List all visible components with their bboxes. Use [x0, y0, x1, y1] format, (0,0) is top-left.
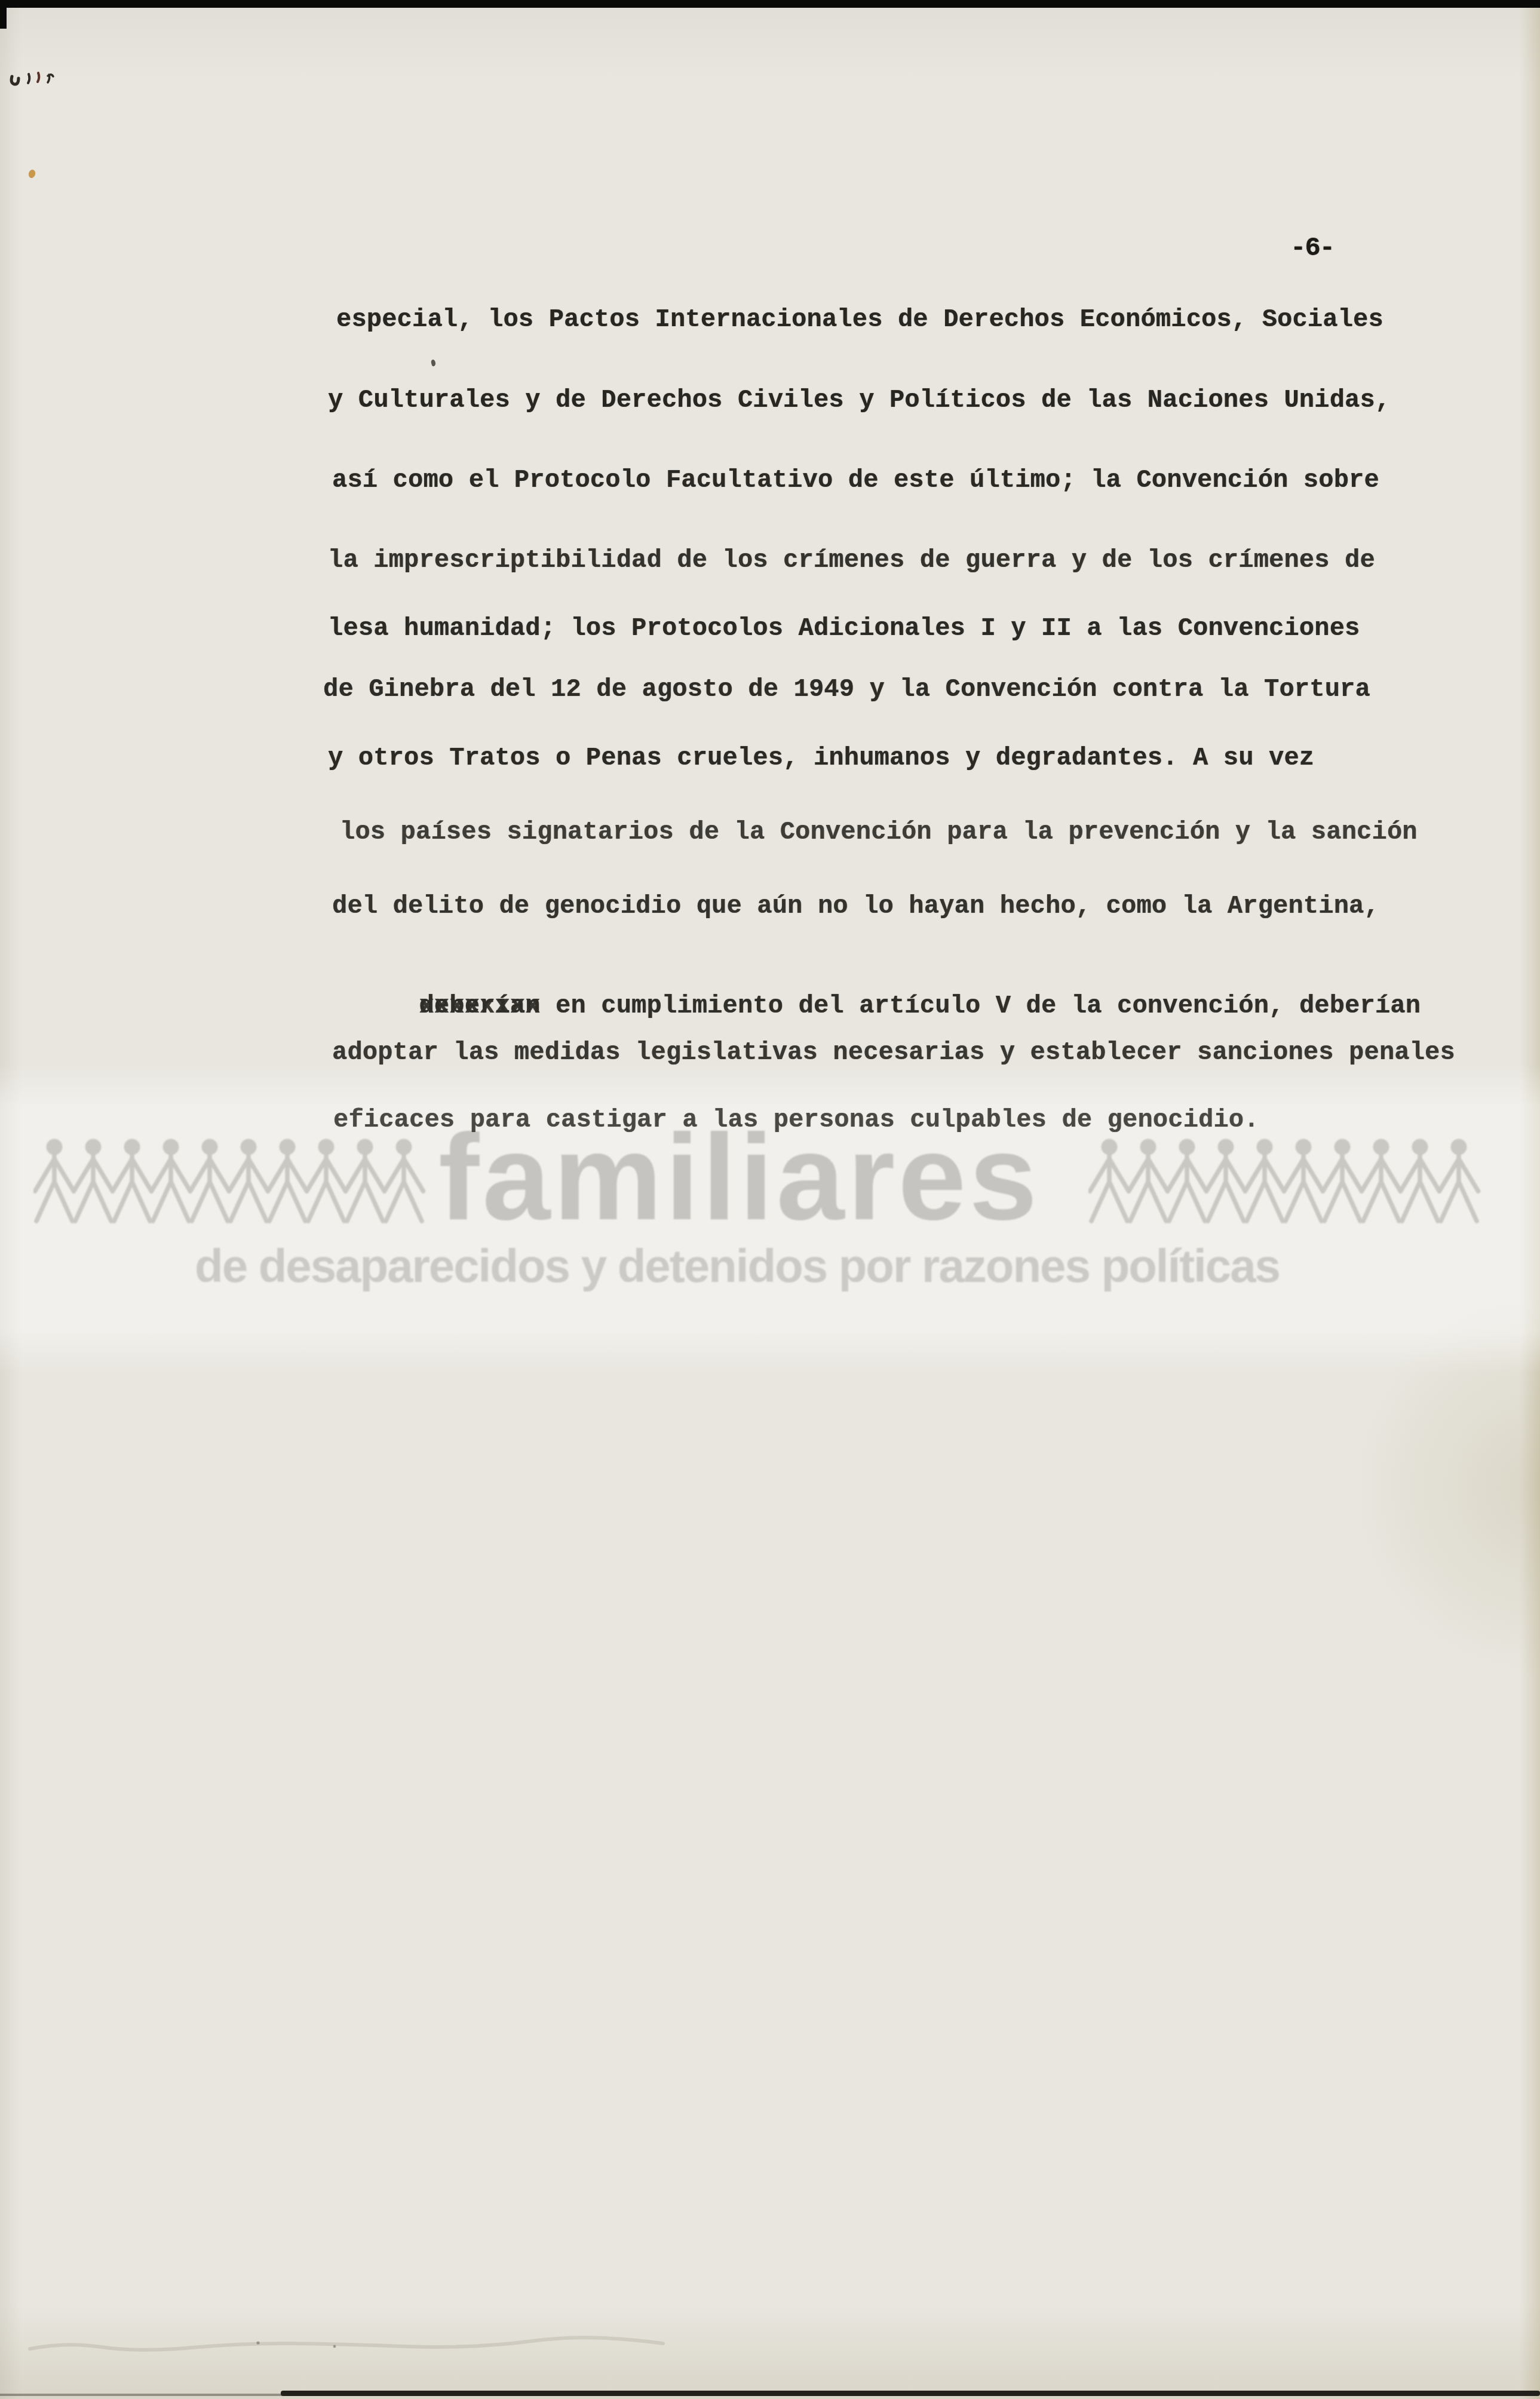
typed-line: del delito de genocidio que aún no lo ha… — [332, 893, 1379, 919]
typed-line: y Culturales y de Derechos Civiles y Pol… — [328, 387, 1390, 413]
typed-line: así como el Protocolo Facultativo de est… — [332, 467, 1379, 493]
typed-line-rest: en cumplimiento del artículo V de la con… — [541, 992, 1421, 1020]
strikethrough-word: deberíanxxxxxxxx — [419, 993, 540, 1019]
typed-line: especial, los Pactos Internacionales de … — [336, 306, 1383, 333]
document-page: familiares de desaparecidos y detenidos … — [0, 0, 1540, 2399]
typed-line: lesa humanidad; los Protocolos Adicional… — [328, 615, 1360, 642]
typed-line: adoptar las medidas legislativas necesar… — [332, 1039, 1455, 1066]
typed-line: la imprescriptibilidad de los crímenes d… — [328, 547, 1375, 573]
typed-line: eficaces para castigar a las personas cu… — [333, 1107, 1259, 1133]
strike-overlay: xxxxxxxx — [419, 993, 540, 1019]
typed-line: los países signatarios de la Convención … — [340, 819, 1418, 845]
typed-text: especial, los Pactos Internacionales de … — [0, 0, 1540, 2399]
typed-line: de Ginebra del 12 de agosto de 1949 y la… — [323, 676, 1370, 702]
typed-line: y otros Tratos o Penas crueles, inhumano… — [328, 745, 1314, 771]
typed-line: deberíanxxxxxxxx en cumplimiento del art… — [328, 967, 1421, 1045]
